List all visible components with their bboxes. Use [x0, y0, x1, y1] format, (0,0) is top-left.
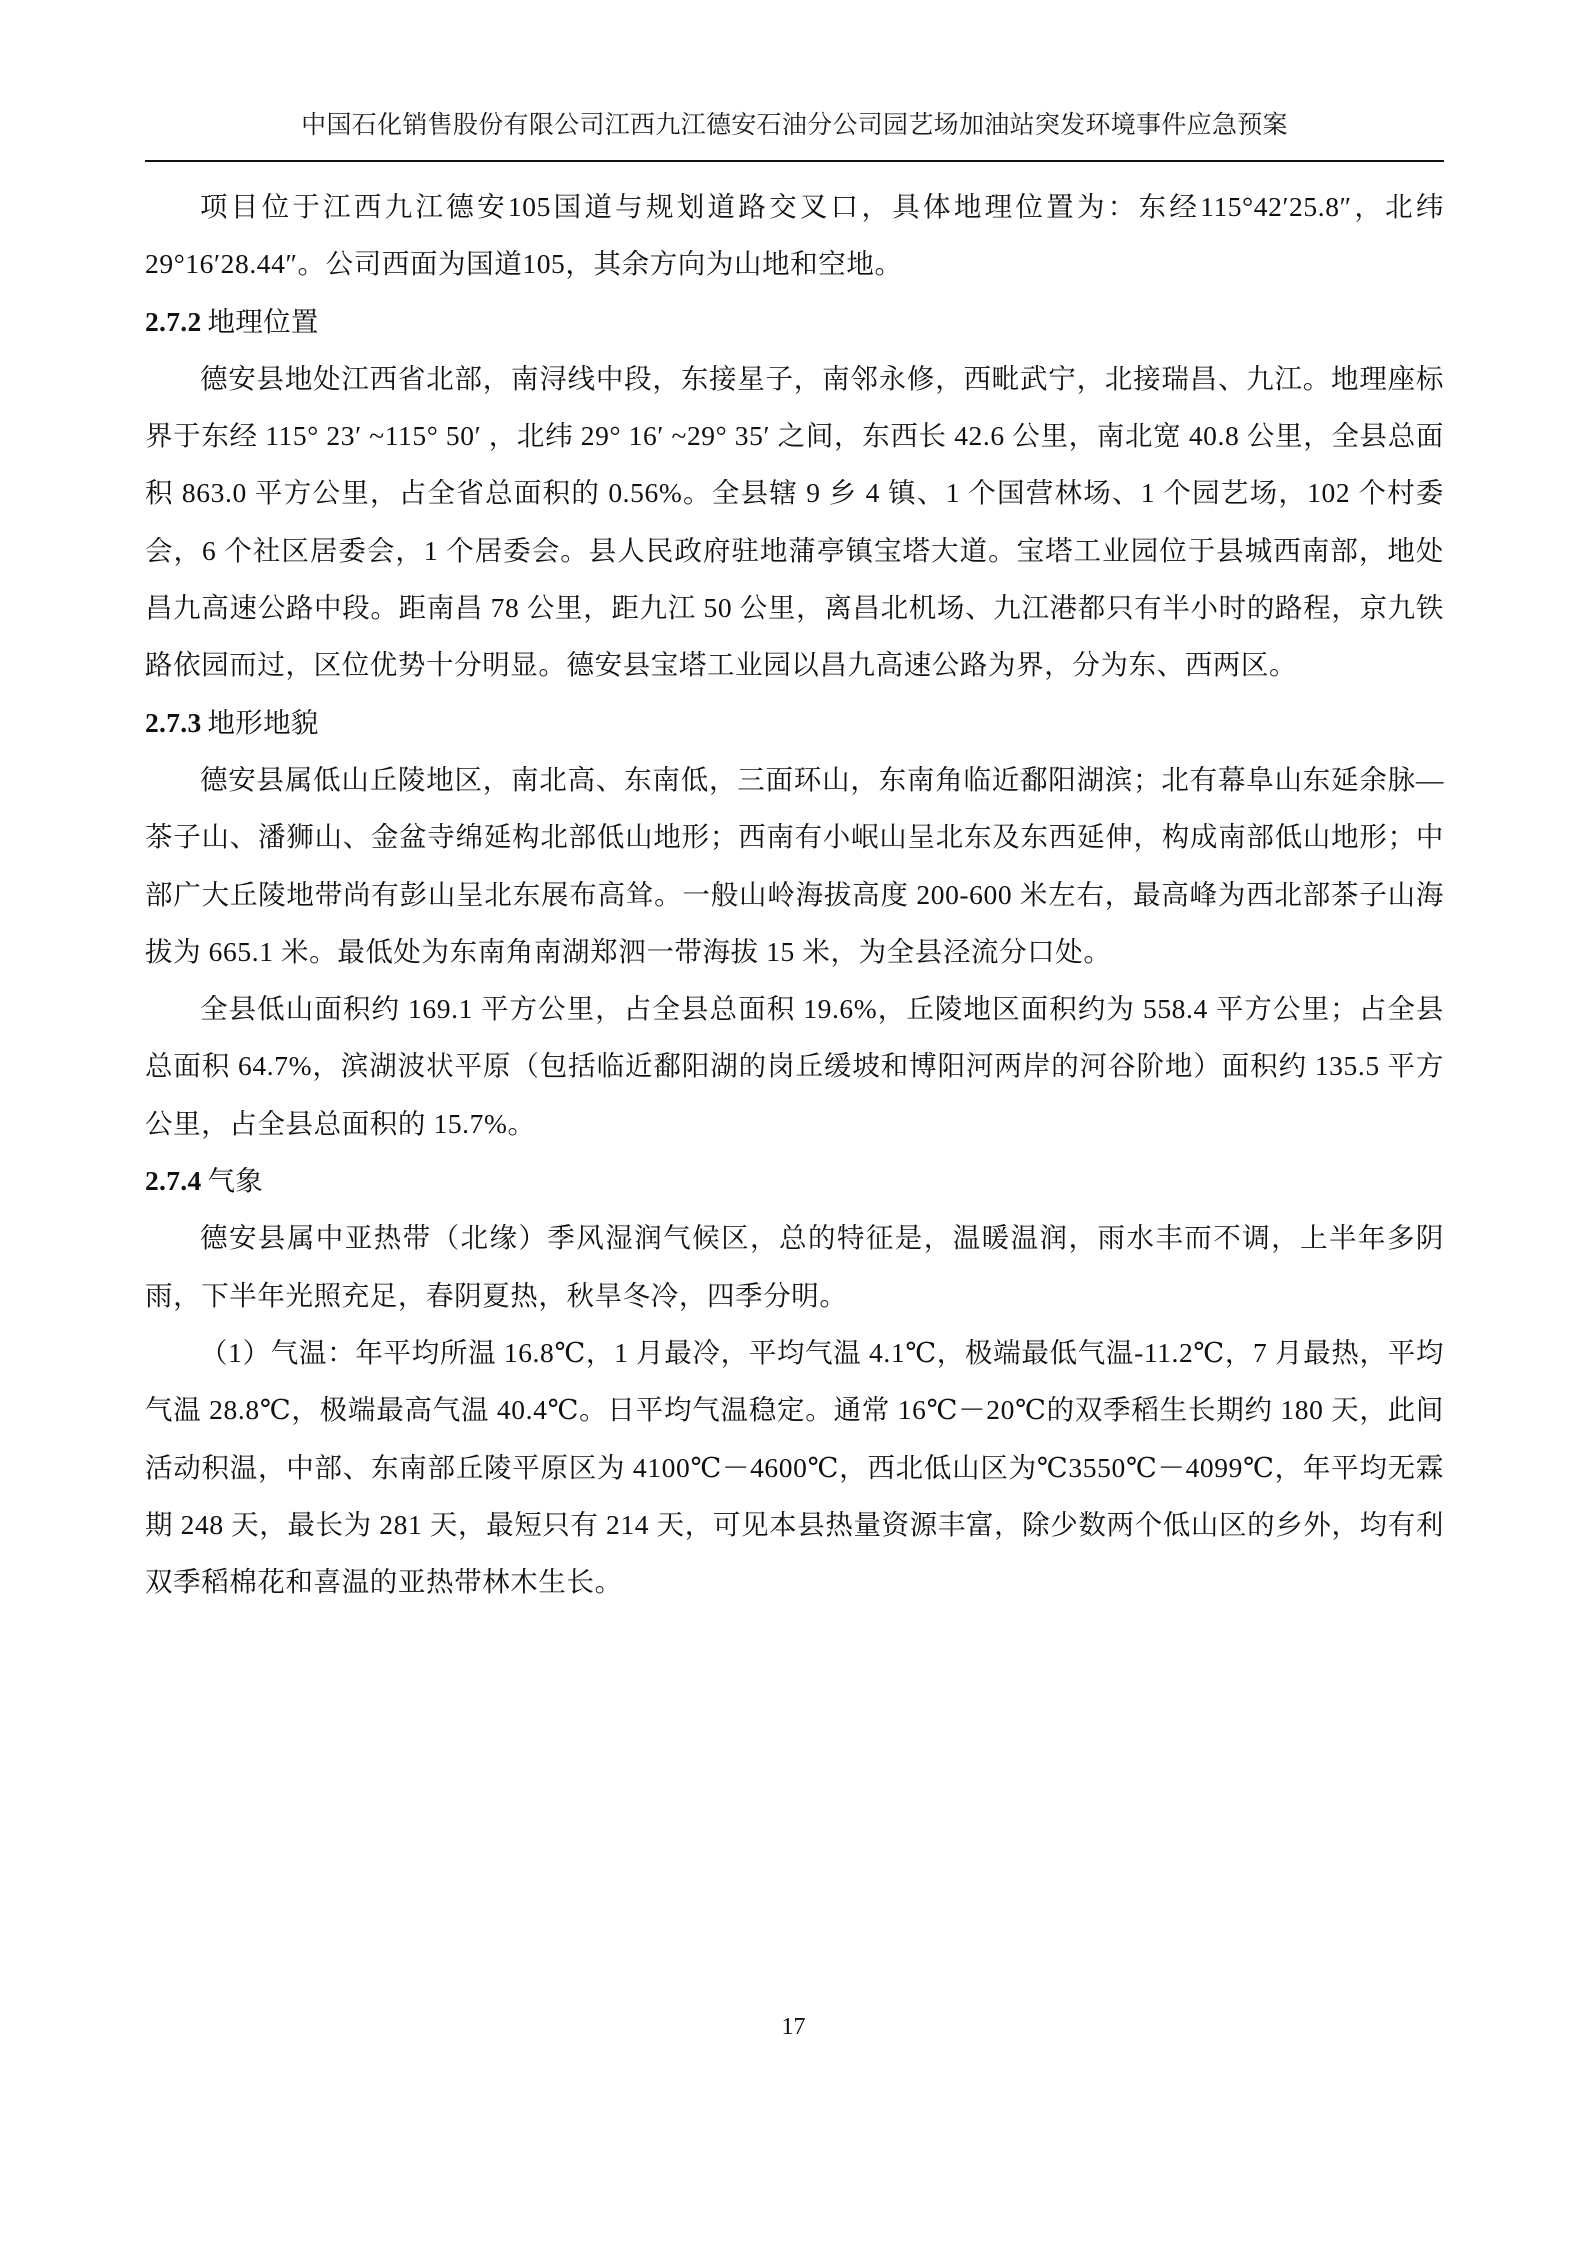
paragraph-terrain: 德安县属低山丘陵地区，南北高、东南低，三面环山，东南角临近鄱阳湖滨；北有幕阜山东…	[145, 751, 1444, 980]
paragraph-location-intro: 项目位于江西九江德安105国道与规划道路交叉口，具体地理位置为：东经115°42…	[145, 178, 1444, 293]
section-heading-2-7-3: 2.7.3地形地貌	[145, 694, 1444, 751]
section-heading-2-7-2: 2.7.2地理位置	[145, 293, 1444, 350]
document-body: 项目位于江西九江德安105国道与规划道路交叉口，具体地理位置为：东经115°42…	[145, 178, 1444, 1610]
paragraph-temperature: （1）气温：年平均所温 16.8℃，1 月最冷，平均气温 4.1℃，极端最低气温…	[145, 1324, 1444, 1610]
paragraph-geography: 德安县地处江西省北部，南浔线中段，东接星子，南邻永修，西毗武宁，北接瑞昌、九江。…	[145, 350, 1444, 694]
section-heading-2-7-4: 2.7.4气象	[145, 1152, 1444, 1209]
document-header-title: 中国石化销售股份有限公司江西九江德安石油分公司园艺场加油站突发环境事件应急预案	[145, 108, 1444, 144]
section-number: 2.7.2	[145, 306, 202, 337]
section-title: 气象	[208, 1165, 264, 1196]
page-number: 17	[0, 2012, 1587, 2042]
paragraph-terrain-area: 全县低山面积约 169.1 平方公里，占全县总面积 19.6%，丘陵地区面积约为…	[145, 980, 1444, 1152]
header-divider	[145, 160, 1444, 162]
section-title: 地形地貌	[208, 707, 319, 738]
paragraph-climate: 德安县属中亚热带（北缘）季风湿润气候区，总的特征是，温暖温润，雨水丰而不调，上半…	[145, 1209, 1444, 1324]
section-number: 2.7.3	[145, 707, 202, 738]
section-number: 2.7.4	[145, 1165, 202, 1196]
section-title: 地理位置	[208, 306, 319, 337]
